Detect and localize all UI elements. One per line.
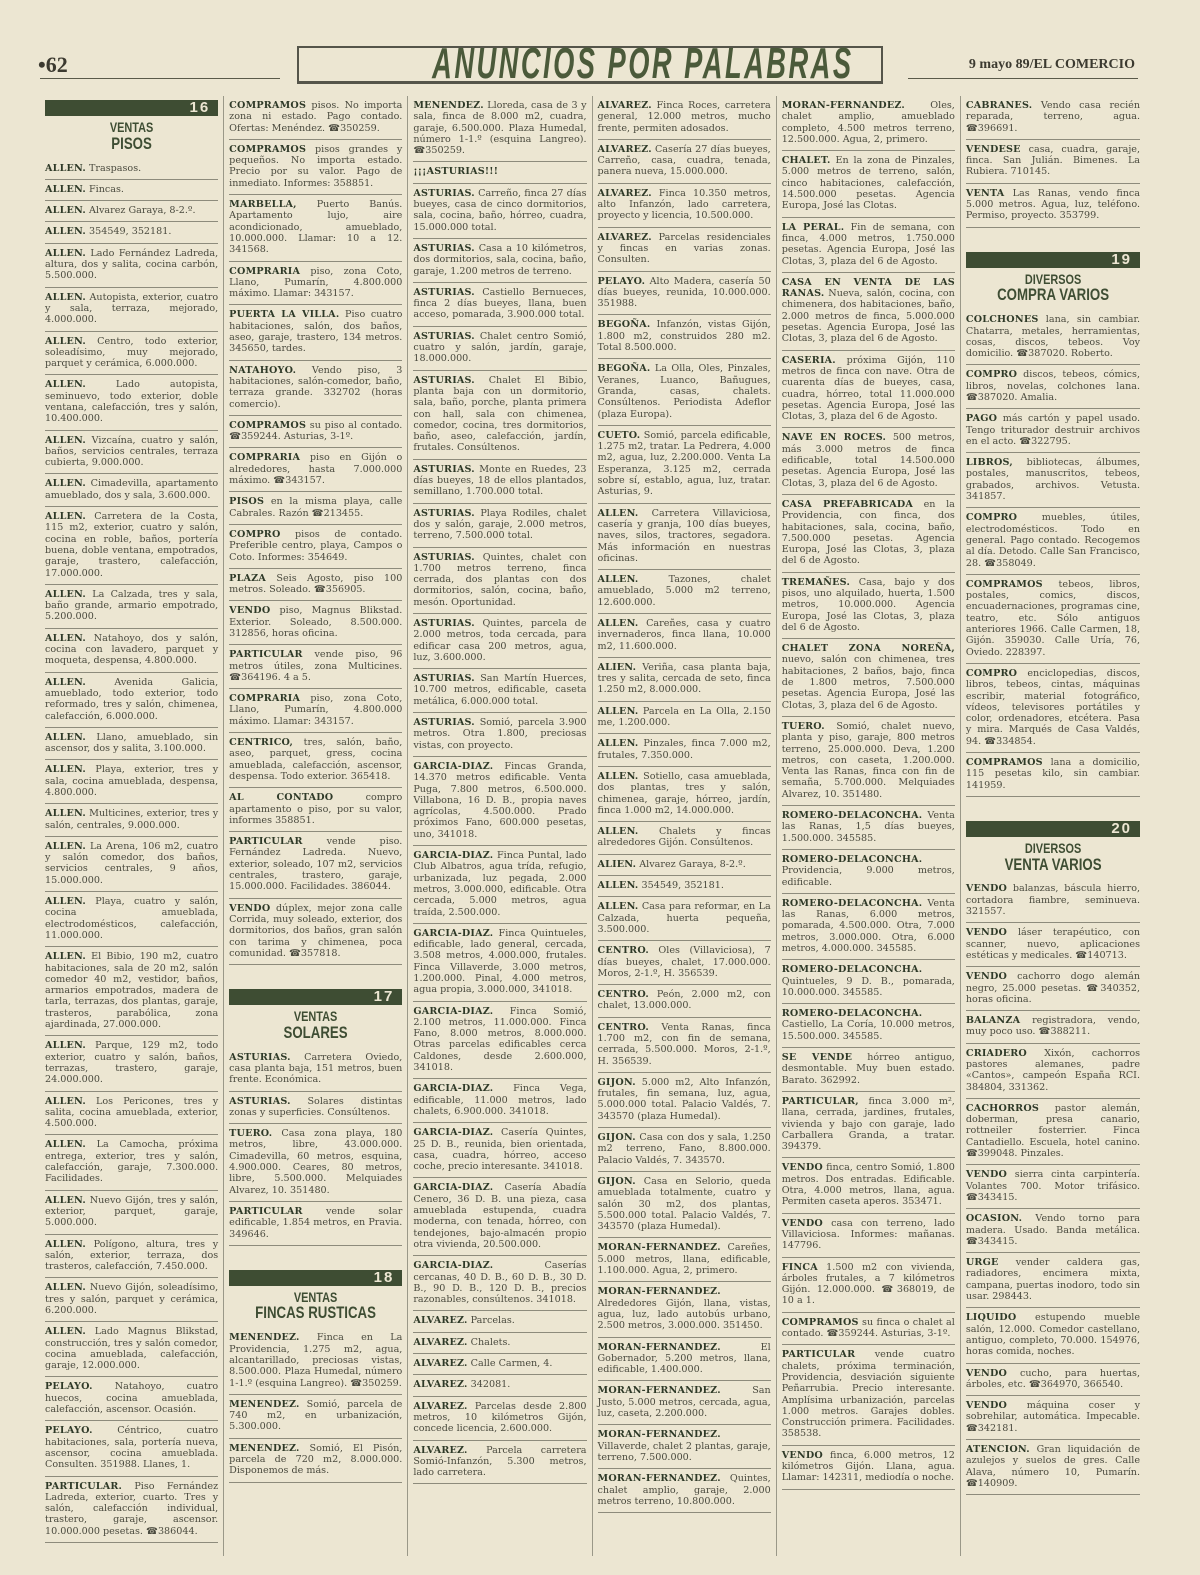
- classified-ad: ALLEN. 354549, 352181.: [598, 876, 771, 897]
- classified-ad: COMPRO pisos de contado. Preferible cent…: [229, 525, 402, 569]
- classified-ad: GIJON. Casa con dos y sala, 1.250 m2 ter…: [598, 1128, 771, 1172]
- ad-advertiser: CENTRO.: [598, 989, 649, 1000]
- section-number-bar: 16: [45, 100, 218, 116]
- classified-ad: MARBELLA, Puerto Banús. Apartamento lujo…: [229, 195, 402, 261]
- section-header: 17 VENTAS SOLARES: [229, 989, 402, 1042]
- ad-advertiser: PARTICULAR: [229, 836, 303, 847]
- ad-advertiser: ALLEN.: [598, 508, 639, 519]
- classified-ad: BEGOÑA. Infanzón, vistas Gijón, 1.800 m2…: [598, 315, 771, 359]
- section-title-banner: ANUNCIOS POR PALABRAS: [297, 46, 883, 84]
- classified-ad: ASTURIAS. Chalet El Bibio, planta baja c…: [413, 371, 586, 460]
- classified-ad: MENENDEZ. Somió, parcela de 740 m2, en u…: [229, 1395, 402, 1439]
- classified-ad: ALLEN. Llano, amueblado, sin ascensor, d…: [45, 728, 218, 761]
- section-category: DIVERSOS: [985, 272, 1121, 287]
- classified-ad: ASTURIAS. Quintes, chalet con 1.700 metr…: [413, 548, 586, 614]
- classified-ad: ALLEN. Traspasos.: [45, 159, 218, 180]
- classified-ad: ALLEN. Parque, 129 m2, todo exterior, cu…: [45, 1036, 218, 1091]
- classified-ad: ALLEN. Natahoyo, dos y salón, cocina con…: [45, 629, 218, 673]
- ad-advertiser: MENENDEZ.: [229, 1399, 299, 1410]
- classified-ad: ASTURIAS. Casa a 10 kilómetros, dos dorm…: [413, 239, 586, 283]
- classified-ad: ASTURIAS. Quintes, parcela de 2.000 metr…: [413, 614, 586, 669]
- classified-ad: ALVAREZ. Casería 27 días bueyes, Carreño…: [598, 140, 771, 184]
- ad-advertiser: PAGO: [966, 413, 997, 424]
- classified-ad: CENTRO. Venta Ranas, finca 1.700 m2, con…: [598, 1018, 771, 1073]
- ad-advertiser: PLAZA: [229, 573, 266, 584]
- section-header: 18 VENTAS FINCAS RUSTICAS: [229, 1270, 402, 1323]
- ad-advertiser: ALLEN.: [45, 1326, 86, 1337]
- classified-ad: VENDO cucho, para huertas, árboles, etc.…: [966, 1364, 1140, 1397]
- ad-advertiser: ALVAREZ.: [413, 1401, 467, 1412]
- classified-ad: ALLEN. Polígono, altura, tres y salón, e…: [45, 1235, 218, 1279]
- section-number: 17: [374, 988, 395, 1005]
- ad-advertiser: CABRANES.: [966, 100, 1032, 111]
- classified-ad: ASTURIAS. Chalet centro Somió, cuatro y …: [413, 327, 586, 371]
- section-subcategory: SOLARES: [248, 1024, 383, 1042]
- ad-advertiser: ALVAREZ.: [413, 1337, 467, 1348]
- ad-advertiser: MENENDEZ.: [229, 1443, 299, 1454]
- ad-advertiser: ASTURIAS.: [229, 1096, 291, 1107]
- ad-advertiser: CENTRICO,: [229, 737, 293, 748]
- ad-advertiser: ASTURIAS.: [413, 243, 475, 254]
- ad-advertiser: VENDO: [966, 971, 1007, 982]
- ad-text: enciclopedias, discos, libros, tebeos, c…: [966, 668, 1140, 747]
- section-category: VENTAS: [64, 120, 199, 135]
- classified-ad: CACHORROS pastor alemán, doberman, presa…: [966, 1099, 1140, 1165]
- classified-ad: COMPRAMOS su finca o chalet al contado. …: [782, 1313, 955, 1346]
- classified-ad: ALLEN. Carretera Villaviciosa, casería y…: [598, 504, 771, 570]
- publication-date: 9 mayo 89/EL COMERCIO: [969, 57, 1135, 73]
- ad-advertiser: MORAN-FERNANDEZ.: [598, 1286, 721, 1297]
- ad-advertiser: NATAHOYO.: [229, 365, 296, 376]
- ad-text: Fincas Granda, 14.370 metros edificable.…: [413, 761, 586, 840]
- classified-ad: ROMERO-DELACONCHA. Venta las Ranas, 1,5 …: [782, 806, 955, 850]
- ad-advertiser: COMPRARIA: [229, 266, 300, 277]
- classified-ad: VENDO láser terapéutico, con scanner, nu…: [966, 923, 1140, 967]
- ad-advertiser: COMPRAMOS: [966, 757, 1043, 768]
- ad-advertiser: VENDO: [782, 1450, 823, 1461]
- classified-ad: MORAN-FERNANDEZ. Alrededores Gijón, llan…: [598, 1282, 771, 1337]
- classified-ad: ALLEN. Sotiello, casa amueblada, dos pla…: [598, 767, 771, 822]
- classified-ad: VENTA Las Ranas, vendo finca 5.000 metro…: [966, 184, 1140, 228]
- classified-ad: ASTURIAS. Solares distintas zonas y supe…: [229, 1092, 402, 1125]
- divider: [908, 78, 1138, 79]
- classified-ad: ALVAREZ. Chalets.: [413, 1333, 586, 1354]
- ad-advertiser: ALLEN.: [45, 226, 86, 237]
- classified-ad: ALLEN. La Calzada, tres y sala, baño gra…: [45, 585, 218, 629]
- ad-advertiser: ASTURIAS.: [229, 1052, 291, 1063]
- classified-ad: MORAN-FERNANDEZ. El Gobernador, 5.200 me…: [598, 1338, 771, 1382]
- ad-advertiser: ALLEN.: [598, 738, 639, 749]
- ad-advertiser: ALLEN.: [45, 184, 86, 195]
- ad-text: Calle Carmen, 4.: [468, 1358, 553, 1369]
- classified-ad: ALVAREZ. 342081.: [413, 1375, 586, 1396]
- ad-text: Providencia, 9.000 metros, edificable.: [782, 865, 955, 887]
- classified-ad: GARCIA-DIAZ. Casería Quintes, 25 D. B., …: [413, 1123, 586, 1178]
- ad-advertiser: GARCIA-DIAZ.: [413, 928, 493, 939]
- classified-ad: PARTICULAR vende piso, 96 metros útiles,…: [229, 645, 402, 689]
- ad-advertiser: VENDO: [966, 1400, 1007, 1411]
- column-4: ALVAREZ. Finca Roces, carretera general,…: [593, 96, 777, 1556]
- ad-advertiser: ALLEN.: [598, 618, 639, 629]
- ad-advertiser: ALLEN.: [45, 841, 86, 852]
- classified-ad: ALLEN. Tazones, chalet amueblado, 5.000 …: [598, 570, 771, 614]
- ad-advertiser: ROMERO-DELACONCHA.: [782, 810, 923, 821]
- classified-ad: ASTURIAS. Castiello Bernueces, finca 2 d…: [413, 283, 586, 327]
- ad-advertiser: PARTICULAR.: [45, 1481, 122, 1492]
- ad-advertiser: CENTRO.: [598, 1022, 649, 1033]
- ad-advertiser: TUERO.: [229, 1128, 272, 1139]
- classified-ad: CENTRO. Oles (Villaviciosa), 7 días buey…: [598, 941, 771, 985]
- classified-ad: PARTICULAR vende solar edificable, 1.854…: [229, 1202, 402, 1246]
- ad-advertiser: ALLEN.: [45, 1040, 86, 1051]
- classified-ad: ALLEN. Careñes, casa y cuatro invernader…: [598, 614, 771, 658]
- section-number: 18: [374, 1269, 395, 1286]
- ad-advertiser: ROMERO-DELACONCHA.: [782, 1008, 923, 1019]
- ad-advertiser: ROMERO-DELACONCHA.: [782, 898, 923, 909]
- classified-ad: CABRANES. Vendo casa recién reparada, te…: [966, 96, 1140, 140]
- ad-text: Chalets.: [468, 1337, 511, 1348]
- classified-ad: ALLEN. Avenida Galicia, amueblado, todo …: [45, 673, 218, 728]
- classified-ad: ALLEN. Cimadevilla, apartamento amueblad…: [45, 474, 218, 507]
- section-subcategory: COMPRA VARIOS: [985, 286, 1121, 304]
- column-3: MENENDEZ. Lloreda, casa de 3 y sala, fin…: [408, 96, 592, 1556]
- classified-ad: ROMERO-DELACONCHA. Castiello, La Coría, …: [782, 1004, 955, 1048]
- classified-ad: VENDO sierra cinta carpintería. Volantes…: [966, 1165, 1140, 1209]
- ad-advertiser: ASTURIAS.: [413, 552, 475, 563]
- classified-ad: COMPRO enciclopedias, discos, libros, te…: [966, 664, 1140, 753]
- classified-ad: GARCIA-DIAZ. Finca Quintueles, edificabl…: [413, 924, 586, 1002]
- section-category: VENTAS: [248, 1290, 383, 1305]
- classified-ad: CHALET ZONA NOREÑA, nuevo, salón con chi…: [782, 639, 955, 717]
- classified-ad: ALLEN. La Arena, 106 m2, cuatro y salón …: [45, 837, 218, 892]
- ad-advertiser: ALLEN.: [598, 826, 639, 837]
- section-number: 20: [1111, 820, 1132, 837]
- ad-advertiser: LIQUIDO: [966, 1312, 1017, 1323]
- classified-ad: ALLEN. Playa, cuatro y salón, cocina amu…: [45, 892, 218, 947]
- ad-advertiser: MORAN-FERNANDEZ.: [598, 1342, 721, 1353]
- classified-ad: PELAYO. Céntrico, cuatro habitaciones, s…: [45, 1421, 218, 1476]
- classified-ad: PELAYO. Alto Madera, casería 50 días bue…: [598, 272, 771, 316]
- classified-ad: NATAHOYO. Vendo piso, 3 habitaciones, sa…: [229, 361, 402, 416]
- classified-ad: ALLEN. Nuevo Gijón, tres y salón, exteri…: [45, 1191, 218, 1235]
- ad-advertiser: ALLEN.: [45, 951, 86, 962]
- ad-advertiser: ALLEN.: [598, 771, 639, 782]
- ad-advertiser: TREMAÑES.: [782, 577, 850, 588]
- classified-ad: ALLEN. Lado autopista, seminuevo, todo e…: [45, 375, 218, 430]
- classified-ad: ALVAREZ. Parcela carretera Somió-Infanzó…: [413, 1441, 586, 1485]
- ad-advertiser: PELAYO.: [45, 1425, 93, 1436]
- section-title: DIVERSOS COMPRA VARIOS: [966, 272, 1140, 305]
- classified-ad: COMPRAMOS lana a domicilio, 115 pesetas …: [966, 753, 1140, 797]
- ad-advertiser: VENDO: [229, 605, 270, 616]
- ad-advertiser: ALLEN.: [45, 633, 86, 644]
- classified-ad: FINCA 1.500 m2 con vivienda, árboles fru…: [782, 1258, 955, 1313]
- classified-ad: ALVAREZ. Finca 10.350 metros, alto Infan…: [598, 184, 771, 228]
- ad-advertiser: PARTICULAR: [782, 1349, 856, 1360]
- classified-ad: COMPRO discos, tebeos, cómics, libros, n…: [966, 365, 1140, 409]
- ad-text: Alrededores Gijón, llana, vistas, agua, …: [598, 1298, 771, 1332]
- ad-advertiser: LA PERAL.: [782, 222, 845, 233]
- ad-advertiser: CACHORROS: [966, 1103, 1039, 1114]
- classified-ad: VENDESE casa, cuadra, garaje, finca. San…: [966, 140, 1140, 184]
- classified-ad: ALVAREZ. Parcelas residenciales y fincas…: [598, 228, 771, 272]
- classified-ad: ALLEN. 354549, 352181.: [45, 222, 218, 243]
- classified-ad: VENDO piso, Magnus Blikstad. Exterior. S…: [229, 601, 402, 645]
- classified-ad: ALVAREZ. Parcelas.: [413, 1311, 586, 1332]
- column-5: MORAN-FERNANDEZ. Oles, chalet amplio, am…: [777, 96, 961, 1556]
- classified-ad: ROMERO-DELACONCHA. Providencia, 9.000 me…: [782, 850, 955, 894]
- section-header: 19 DIVERSOS COMPRA VARIOS: [966, 252, 1140, 305]
- classified-ad: ALLEN. Pinzales, finca 7.000 m2, frutale…: [598, 734, 771, 767]
- classified-ad: BEGOÑA. La Olla, Oles, Pinzales, Veranes…: [598, 359, 771, 425]
- ad-advertiser: ALLEN.: [45, 511, 86, 522]
- ad-advertiser: ALVAREZ.: [413, 1379, 467, 1390]
- ad-advertiser: ALLEN.: [45, 1096, 86, 1107]
- ad-advertiser: CASA PREFABRICADA: [782, 499, 913, 510]
- ad-advertiser: ATENCION.: [966, 1444, 1030, 1455]
- ad-advertiser: ALLEN.: [45, 248, 86, 259]
- ad-advertiser: NAVE EN ROCES.: [782, 432, 886, 443]
- ad-advertiser: ALLEN.: [45, 292, 86, 303]
- section-header: 16 VENTAS PISOS: [45, 100, 218, 153]
- ad-text: Villaverde, chalet 2 plantas, garaje, te…: [598, 1441, 771, 1463]
- classified-ad: ALLEN. El Bibio, 190 m2, cuatro habitaci…: [45, 947, 218, 1036]
- classified-ad: GIJON. 5.000 m2, Alto Infanzón, frutales…: [598, 1073, 771, 1128]
- classified-ad: ATENCION. Gran liquidación de azulejos y…: [966, 1440, 1140, 1495]
- ad-advertiser: VENDESE: [966, 144, 1021, 155]
- ad-advertiser: COMPRO: [966, 512, 1017, 523]
- ad-advertiser: ALLEN.: [598, 880, 639, 891]
- classified-ad: PELAYO. Natahoyo, cuatro huecos, cocina …: [45, 1377, 218, 1421]
- ad-advertiser: GARCIA-DIAZ.: [413, 1260, 493, 1271]
- classified-ad: MORAN-FERNANDEZ. Careñes, 5.000 metros, …: [598, 1238, 771, 1282]
- classified-ad: ALLEN. Lado Fernández Ladreda, altura, d…: [45, 244, 218, 288]
- classified-ad: MORAN-FERNANDEZ. Quintes, chalet amplio,…: [598, 1469, 771, 1513]
- ad-advertiser: ROMERO-DELACONCHA.: [782, 854, 923, 865]
- ad-advertiser: ALVAREZ.: [413, 1315, 467, 1326]
- ad-advertiser: ALLEN.: [45, 435, 86, 446]
- ad-text: 354549, 352181.: [86, 226, 171, 237]
- ad-advertiser: COMPRAMOS: [782, 1317, 859, 1328]
- ad-advertiser: CENTRO.: [598, 945, 649, 956]
- ad-advertiser: ASTURIAS.: [413, 717, 475, 728]
- ad-advertiser: ALVAREZ.: [413, 1358, 467, 1369]
- ad-advertiser: PARTICULAR: [229, 649, 303, 660]
- classified-ad: TUERO. Casa zona playa, 180 metros, libr…: [229, 1124, 402, 1202]
- section-number: 16: [189, 99, 210, 116]
- ad-advertiser: ALLEN.: [598, 901, 639, 912]
- classified-ad: NAVE EN ROCES. 500 metros, más 3.000 met…: [782, 428, 955, 494]
- classified-ad: PARTICULAR vende piso. Fernández Ladreda…: [229, 832, 402, 898]
- ad-advertiser: CRIADERO: [966, 1048, 1027, 1059]
- classified-ad: COLCHONES lana, sin cambiar. Chatarra, m…: [966, 310, 1140, 365]
- ad-advertiser: CHALET.: [782, 155, 831, 166]
- ad-text: Alvarez Garaya, 8-2.º.: [86, 205, 196, 216]
- classified-ad: AL CONTADO compro apartamento o piso, po…: [229, 788, 402, 832]
- classified-ad: CENTRICO, tres, salón, baño, aseo, parqu…: [229, 733, 402, 788]
- ad-advertiser: GARCIA-DIAZ.: [413, 1006, 493, 1017]
- ad-advertiser: ASTURIAS.: [413, 331, 475, 342]
- ad-advertiser: VENDO: [966, 1368, 1007, 1379]
- ad-advertiser: ALLEN.: [45, 589, 86, 600]
- ad-advertiser: ALIEN.: [598, 859, 637, 870]
- ad-advertiser: ASTURIAS.: [413, 287, 475, 298]
- ad-advertiser: MORAN-FERNANDEZ.: [598, 1429, 721, 1440]
- classified-ad: COMPRAMOS su piso al contado. ☎359244. A…: [229, 416, 402, 449]
- ad-advertiser: ALLEN.: [45, 205, 86, 216]
- ad-advertiser: VENTA: [966, 188, 1005, 199]
- ad-advertiser: ALLEN.: [45, 808, 86, 819]
- classified-ad: ALLEN. Casa para reformar, en La Calzada…: [598, 897, 771, 941]
- section-subcategory: PISOS: [64, 135, 199, 153]
- classified-ad: ALLEN. Parcela en La Olla, 2.150 me, 1.2…: [598, 702, 771, 735]
- section-subcategory: FINCAS RUSTICAS: [248, 1304, 383, 1322]
- section-title: DIVERSOS VENTA VARIOS: [966, 841, 1140, 874]
- classified-ad: PISOS en la misma playa, calle Cabrales.…: [229, 492, 402, 525]
- classified-ad: ALIEN. Alvarez Garaya, 8-2.º.: [598, 855, 771, 876]
- classified-ad: MENENDEZ. Somió, El Pisón, parcela de 72…: [229, 1439, 402, 1483]
- ad-advertiser: ASTURIAS.: [413, 464, 475, 475]
- ad-advertiser: VENDO: [966, 927, 1007, 938]
- ad-advertiser: VENDO: [229, 903, 270, 914]
- ad-advertiser: ASTURIAS.: [413, 673, 475, 684]
- ad-advertiser: ALLEN.: [45, 1139, 86, 1150]
- classified-ad: ALLEN. Carretera de la Costa, 115 m2, ex…: [45, 507, 218, 585]
- classified-ad: ASTURIAS. Somió, parcela 3.900 metros. O…: [413, 713, 586, 757]
- classified-ad: ASTURIAS. Carreño, finca 27 días bueyes,…: [413, 184, 586, 239]
- column-6: CABRANES. Vendo casa recién reparada, te…: [961, 96, 1145, 1556]
- ad-text: Somió, chalet nuevo, planta y piso, gara…: [782, 721, 955, 800]
- classified-ad: ASTURIAS. Monte en Ruedes, 23 días bueye…: [413, 460, 586, 504]
- ad-advertiser: PUERTA LA VILLA.: [229, 309, 339, 320]
- classified-ad: ¡¡¡ASTURIAS!!!: [413, 162, 586, 183]
- classified-ad: ALIEN. Veriña, casa planta baja, tres y …: [598, 658, 771, 702]
- classified-ad: VENDO finca, 6.000 metros, 12 kilómetros…: [782, 1446, 955, 1490]
- classified-ad: CASA PREFABRICADA en la Providencia, con…: [782, 495, 955, 573]
- classified-ad: CASA EN VENTA DE LAS RANAS. Nueva, salón…: [782, 273, 955, 351]
- ad-advertiser: COMPRAMOS: [229, 420, 306, 431]
- classified-ad: PARTICULAR, finca 3.000 m², llana, cerra…: [782, 1092, 955, 1158]
- section-number-bar: 17: [229, 989, 402, 1005]
- ad-advertiser: MORAN-FERNANDEZ.: [598, 1473, 721, 1484]
- classified-ad: VENDO cachorro dogo alemán negro, 25.000…: [966, 967, 1140, 1011]
- ad-advertiser: ALLEN.: [598, 706, 639, 717]
- classified-ad: COMPRAMOS pisos. No importa zona ni esta…: [229, 96, 402, 140]
- classified-ad: BALANZA registradora, vendo, muy poco us…: [966, 1011, 1140, 1044]
- classified-ad: PLAZA Seis Agosto, piso 100 metros. Sole…: [229, 569, 402, 602]
- ad-advertiser: ALVAREZ.: [413, 1445, 467, 1456]
- ad-advertiser: GARCIA-DIAZ.: [413, 850, 493, 861]
- ad-advertiser: AL CONTADO: [229, 792, 333, 803]
- ad-advertiser: GARCIA-DIAZ.: [413, 1083, 493, 1094]
- classified-ad: CUETO. Somió, parcela edificable, 1.275 …: [598, 426, 771, 504]
- ad-advertiser: VENDO: [966, 883, 1007, 894]
- ad-text: El Bibio, 190 m2, cuatro habitaciones, s…: [45, 951, 218, 1030]
- ad-advertiser: GARCIA-DIAZ.: [413, 761, 493, 772]
- ad-text: Parcelas.: [468, 1315, 515, 1326]
- classified-ad: MENENDEZ. Finca en La Providencia, 1.275…: [229, 1328, 402, 1394]
- masthead: •62 ANUNCIOS POR PALABRAS 9 mayo 89/EL C…: [0, 0, 1200, 90]
- classified-ad: GARCIA-DIAZ. Fincas Granda, 14.370 metro…: [413, 757, 586, 846]
- classified-ad: COMPRAMOS pisos grandes y pequeños. No i…: [229, 140, 402, 195]
- classified-ad: MENENDEZ. Lloreda, casa de 3 y sala, fin…: [413, 96, 586, 162]
- ad-text: tebeos, libros, postales, comics, discos…: [966, 579, 1140, 658]
- ad-advertiser: URGE: [966, 1257, 999, 1268]
- ad-advertiser: ALVAREZ.: [598, 232, 652, 243]
- classified-ad: CASERIA. próxima Gijón, 110 metros de fi…: [782, 351, 955, 429]
- classified-ad: VENDO casa con terreno, lado Villavicios…: [782, 1214, 955, 1258]
- divider: [40, 78, 280, 79]
- classified-ad: ALVAREZ. Calle Carmen, 4.: [413, 1354, 586, 1375]
- classified-ad: ALLEN. Lado Magnus Blikstad, construcció…: [45, 1322, 218, 1377]
- ad-advertiser: GIJON.: [598, 1176, 636, 1187]
- ad-advertiser: ¡¡¡ASTURIAS!!!: [413, 166, 498, 177]
- ad-advertiser: CASERIA.: [782, 355, 836, 366]
- ad-text: vende cuatro chalets, próxima terminació…: [782, 1349, 955, 1439]
- ad-advertiser: PARTICULAR,: [782, 1096, 859, 1107]
- ad-advertiser: ALLEN.: [45, 336, 86, 347]
- section-subcategory: VENTA VARIOS: [985, 856, 1121, 874]
- section-category: VENTAS: [248, 1009, 383, 1024]
- ad-advertiser: ALLEN.: [45, 163, 86, 174]
- classified-ad: MORAN-FERNANDEZ. Oles, chalet amplio, am…: [782, 96, 955, 151]
- ad-advertiser: COMPRO: [966, 369, 1017, 380]
- section-number-bar: 18: [229, 1270, 402, 1286]
- classified-ad: PUERTA LA VILLA. Piso cuatro habitacione…: [229, 305, 402, 360]
- column-1: 16 VENTAS PISOS ALLEN. Traspasos.ALLEN. …: [40, 96, 224, 1556]
- ad-advertiser: GIJON.: [598, 1077, 636, 1088]
- classified-ad: PARTICULAR vende cuatro chalets, próxima…: [782, 1345, 955, 1445]
- classified-ad: ASTURIAS. San Martín Huerces, 10.700 met…: [413, 669, 586, 713]
- section-category: DIVERSOS: [985, 841, 1121, 856]
- ad-advertiser: ALVAREZ.: [598, 188, 652, 199]
- ad-text: nuevo, salón con chimenea, tres habitaci…: [782, 654, 955, 710]
- classified-ad: GARCIA-DIAZ. Finca Somió, 2.100 metros, …: [413, 1002, 586, 1080]
- classified-ad: COMPRARIA piso en Gijón o alrededores, h…: [229, 448, 402, 492]
- classified-ad: ALLEN. Los Pericones, tres y salita, coc…: [45, 1092, 218, 1136]
- classified-ad: COMPRAMOS tebeos, libros, postales, comi…: [966, 575, 1140, 664]
- classified-ad: TUERO. Somió, chalet nuevo, planta y pis…: [782, 717, 955, 806]
- ad-advertiser: ALLEN.: [45, 1239, 86, 1250]
- classified-ad: COMPRARIA piso, zona Coto, Llano, Pumarí…: [229, 262, 402, 306]
- ad-advertiser: TUERO.: [782, 721, 825, 732]
- ad-advertiser: ASTURIAS.: [413, 508, 475, 519]
- classified-ad: VENDO balanzas, báscula hierro, cortador…: [966, 879, 1140, 923]
- ad-advertiser: PELAYO.: [45, 1381, 93, 1392]
- ad-advertiser: VENDO: [782, 1162, 823, 1173]
- classified-ad: GIJON. Casa en Selorio, queda amueblada …: [598, 1172, 771, 1238]
- ad-text: Chalet El Bibio, planta baja con un dorm…: [413, 375, 586, 454]
- ad-text: Traspasos.: [86, 163, 141, 174]
- classified-ad: LIQUIDO estupendo mueble salón, 12.000. …: [966, 1308, 1140, 1363]
- ad-advertiser: ASTURIAS.: [413, 618, 475, 629]
- classified-ad: ALLEN. Playa, exterior, tres y sala, coc…: [45, 760, 218, 804]
- classified-ad: ROMERO-DELACONCHA. Quintueles, 9 D. B., …: [782, 960, 955, 1004]
- classified-ad: LIBROS, bibliotecas, álbumes, postales, …: [966, 453, 1140, 508]
- ad-advertiser: ALVAREZ.: [598, 100, 652, 111]
- ad-advertiser: GARCIA-DIAZ.: [413, 1127, 493, 1138]
- ad-advertiser: MORAN-FERNANDEZ.: [598, 1242, 721, 1253]
- ad-advertiser: ALLEN.: [45, 379, 86, 390]
- ad-advertiser: LIBROS,: [966, 457, 1013, 468]
- ad-advertiser: ROMERO-DELACONCHA.: [782, 964, 923, 975]
- column-2: COMPRAMOS pisos. No importa zona ni esta…: [224, 96, 408, 1556]
- ad-advertiser: COMPRO: [966, 668, 1017, 679]
- ad-advertiser: FINCA: [782, 1262, 818, 1273]
- classified-ad: SE VENDE hórreo antiguo, desmontable. Mu…: [782, 1048, 955, 1092]
- ad-advertiser: PISOS: [229, 496, 264, 507]
- section-title: VENTAS FINCAS RUSTICAS: [229, 1290, 402, 1323]
